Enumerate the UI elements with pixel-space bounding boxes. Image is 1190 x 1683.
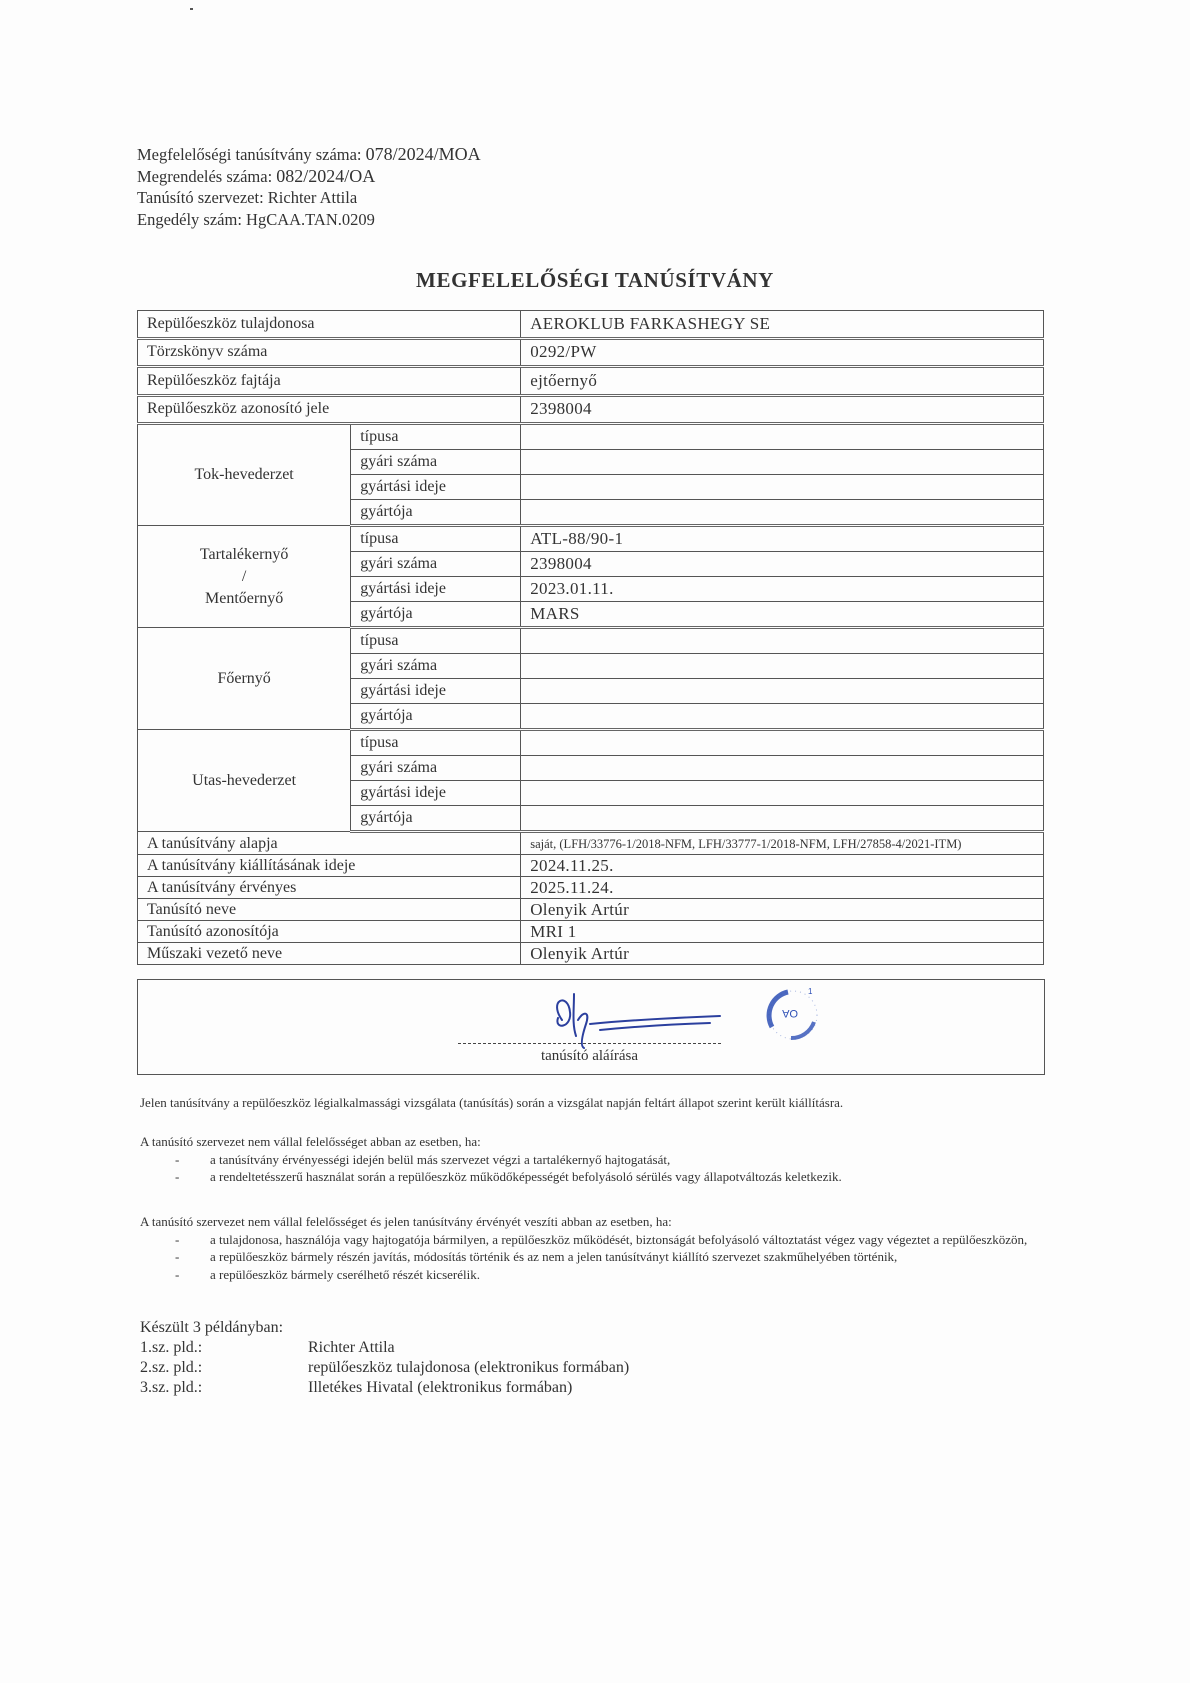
certificate-table: Repülőeszköz tulajdonosaAEROKLUB FARKASH… [137,310,1044,965]
group-name: Utas-hevederzet [138,730,351,832]
order-number-line: Megrendelés száma: 082/2024/OA [137,166,481,188]
table-row: Főernyőtípusa [138,628,1044,654]
liability-section-2: A tanúsító szervezet nem vállal felelőss… [140,1213,1060,1283]
table-row: Repülőeszköz azonosító jele2398004 [138,395,1044,424]
list-item: a repülőeszköz bármely cserélhető részét… [140,1266,1060,1284]
rigger-stamp-icon: OA 1 [758,982,828,1047]
table-row: A tanúsítvány kiállításának ideje2024.11… [138,855,1044,877]
table-row: Műszaki vezető neveOlenyik Artúr [138,943,1044,965]
cert-number: 078/2024/MOA [366,144,481,164]
scan-speck [190,8,193,10]
table-row: Tanúsító neveOlenyik Artúr [138,899,1044,921]
table-row: Tok-hevederzettípusa [138,424,1044,450]
document-header: Megfelelőségi tanúsítvány száma: 078/202… [137,144,481,230]
cert-number-line: Megfelelőségi tanúsítvány száma: 078/202… [137,144,481,166]
signature-label: tanúsító aláírása [458,1048,721,1065]
license-line: Engedély szám: HgCAA.TAN.0209 [137,209,481,231]
table-row: A tanúsítvány érvényes2025.11.24. [138,877,1044,899]
org-name: Richter Attila [268,188,357,207]
svg-text:OA: OA [781,1007,798,1019]
statement-paragraph: Jelen tanúsítvány a repülőeszköz légialk… [140,1094,843,1112]
list-item: a repülőeszköz bármely részén javítás, m… [140,1248,1060,1266]
table-row: A tanúsítvány alapjasaját, (LFH/33776-1/… [138,832,1044,855]
svg-text:1: 1 [808,987,813,996]
table-row: Tanúsító azonosítójaMRI 1 [138,921,1044,943]
table-row: Törzskönyv száma0292/PW [138,338,1044,367]
order-number: 082/2024/OA [276,166,375,186]
group-name: Tok-hevederzet [138,424,351,526]
group-name: Tartalékernyő/Mentőernyő [138,526,351,628]
table-row: Tartalékernyő/MentőernyőtípusaATL-88/90-… [138,526,1044,552]
copy-row: 1.sz. pld.:Richter Attila [140,1338,629,1358]
list-item: a rendeltetésszerű használat során a rep… [140,1168,842,1186]
copy-row: 3.sz. pld.:Illetékes Hivatal (elektronik… [140,1378,629,1398]
handwritten-signature-icon [540,990,740,1050]
copies-section: Készült 3 példányban: 1.sz. pld.:Richter… [140,1318,629,1398]
signature-line [458,1043,721,1044]
document-title: MEGFELELŐSÉGI TANÚSÍTVÁNY [0,268,1190,293]
liability-section-1: A tanúsító szervezet nem vállal felelőss… [140,1133,842,1186]
license-number: HgCAA.TAN.0209 [246,210,375,229]
org-line: Tanúsító szervezet: Richter Attila [137,187,481,209]
table-row: Utas-hevederzettípusa [138,730,1044,756]
table-row: Repülőeszköz tulajdonosaAEROKLUB FARKASH… [138,311,1044,339]
copy-row: 2.sz. pld.:repülőeszköz tulajdonosa (ele… [140,1358,629,1378]
list-item: a tanúsítvány érvényességi idején belül … [140,1151,842,1169]
table-row: Repülőeszköz fajtájaejtőernyő [138,367,1044,396]
list-item: a tulajdonosa, használója vagy hajtogató… [140,1231,1060,1249]
group-name: Főernyő [138,628,351,730]
